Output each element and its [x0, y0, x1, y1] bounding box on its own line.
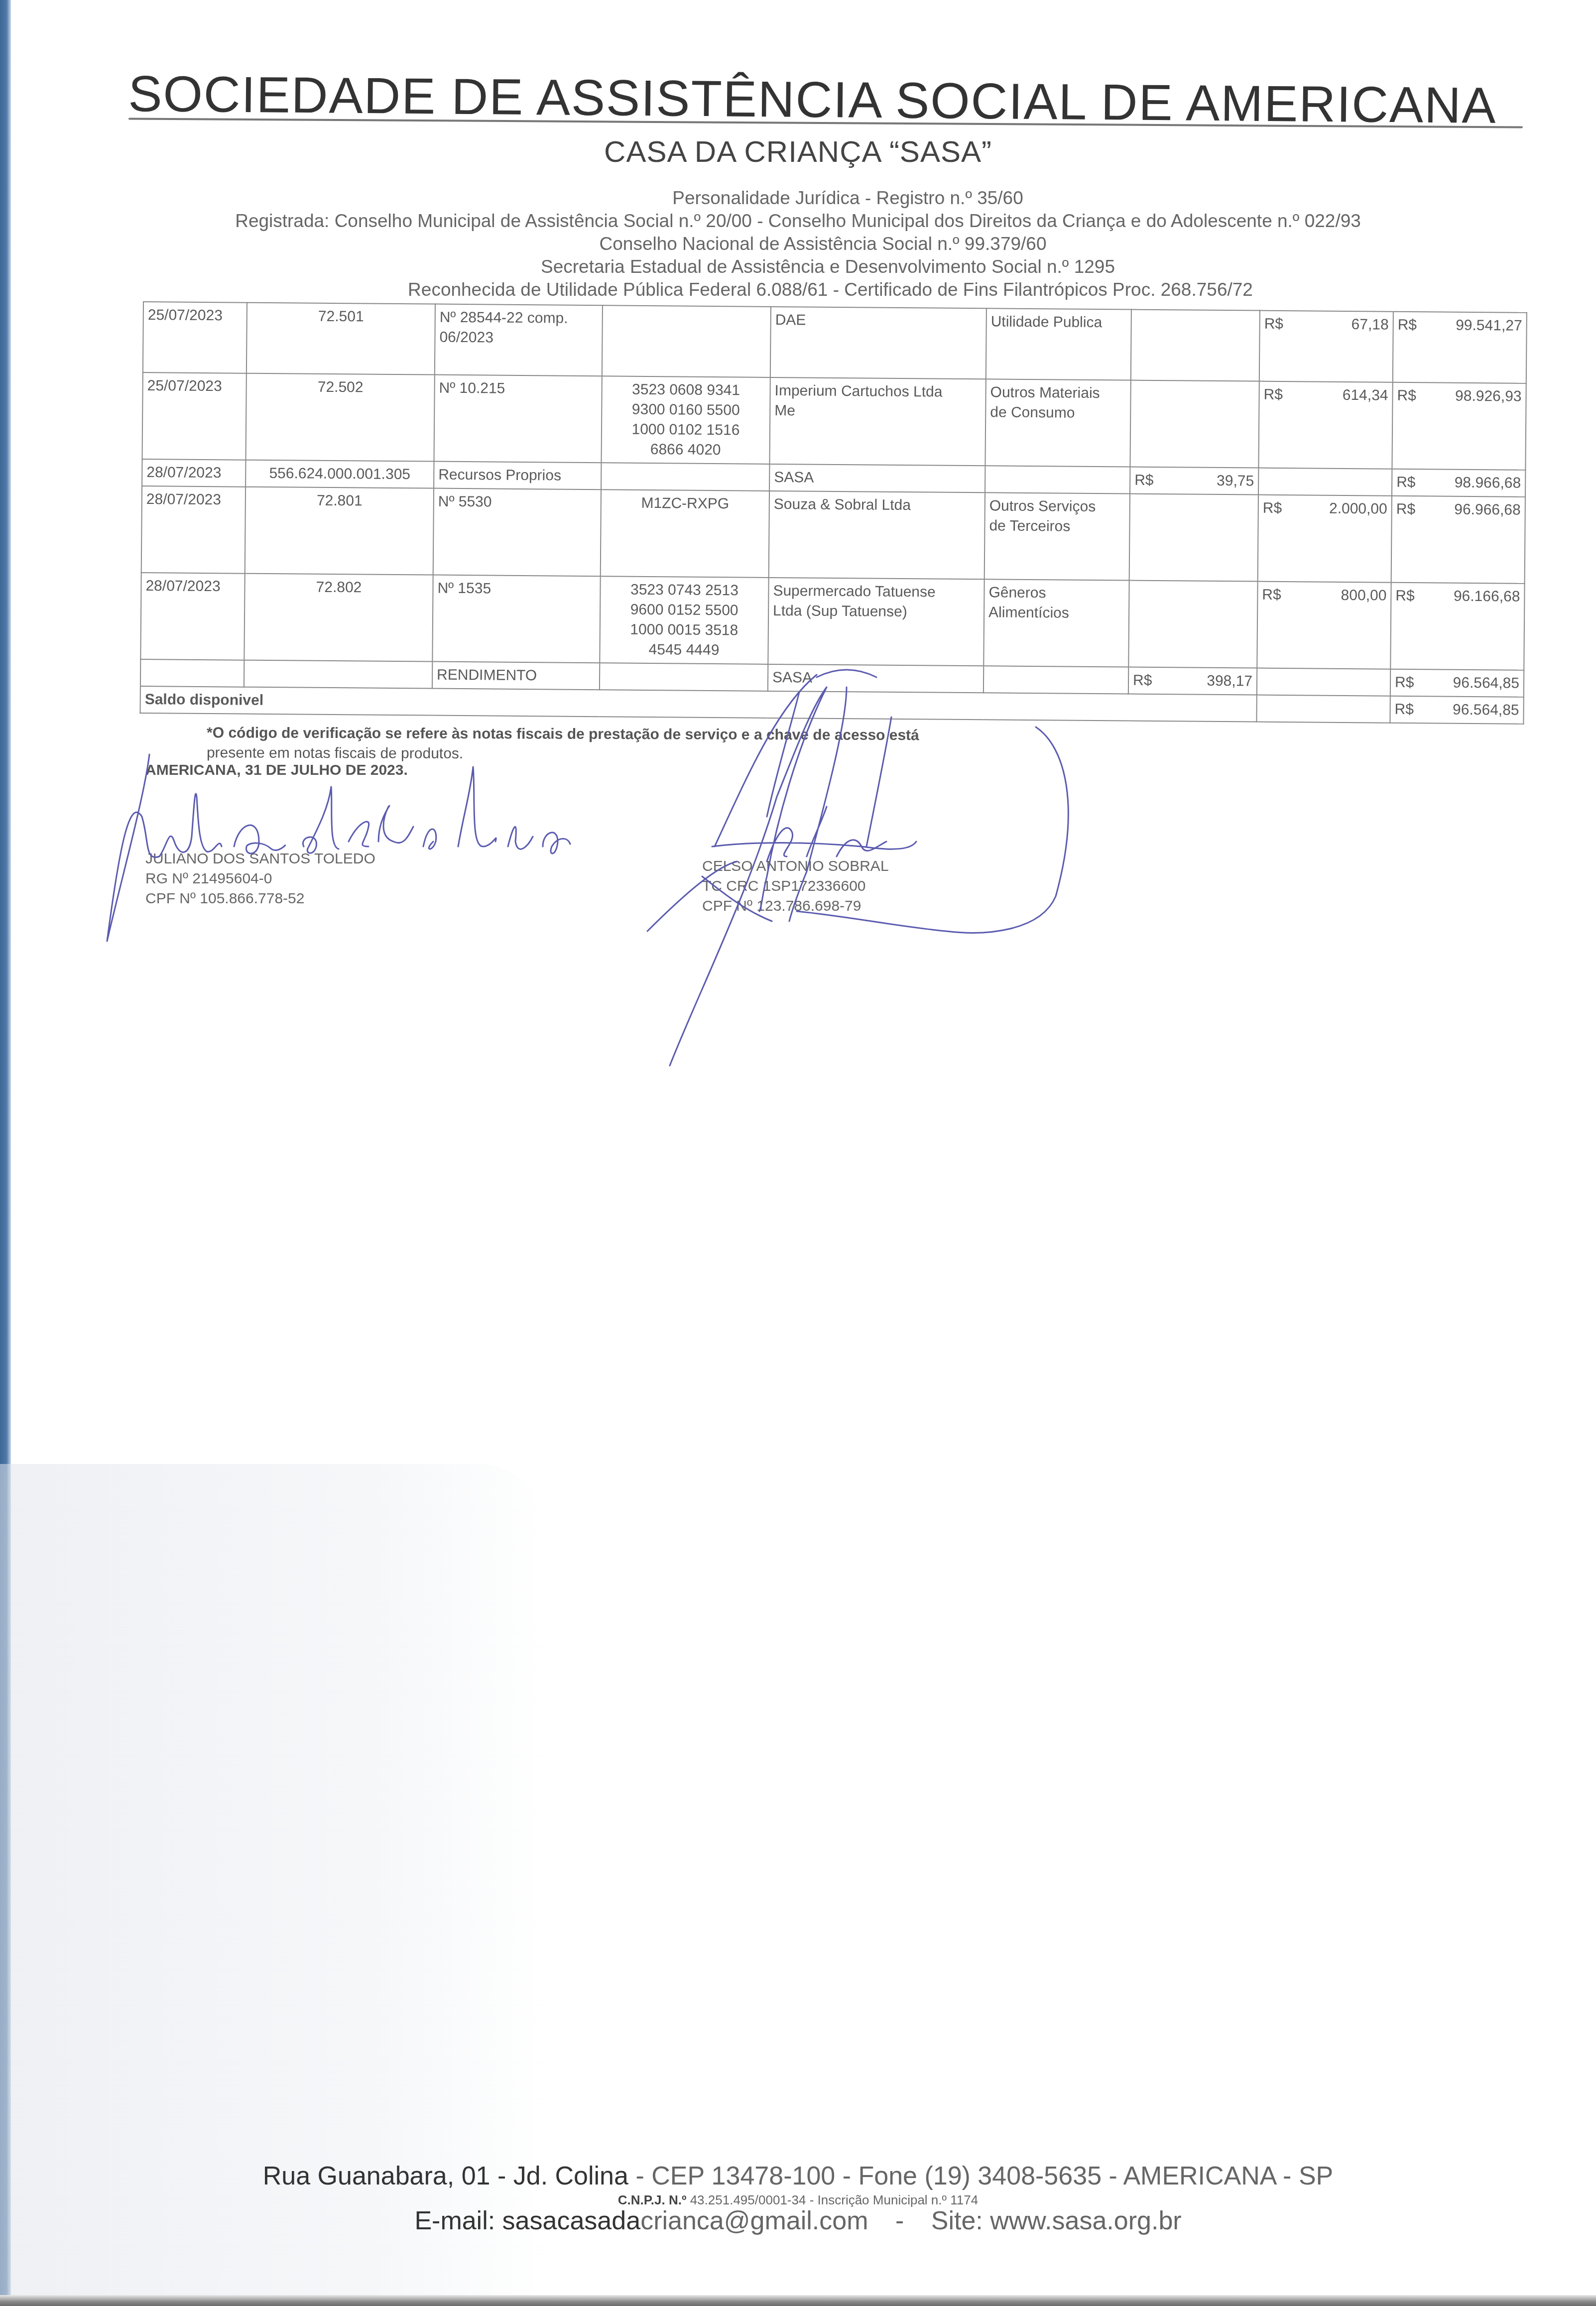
- cell-line: Utilidade Publica: [991, 312, 1127, 333]
- cell-category: Outros Serviçosde Terceiros: [984, 492, 1130, 580]
- signatory-cpf: CPF Nº 105.866.778-52: [145, 889, 375, 909]
- cell-line: 9300 0160 5500: [606, 399, 765, 421]
- table-row: 28/07/202372.801Nº 5530M1ZC-RXPGSouza & …: [141, 486, 1525, 584]
- saldo-value: R$96.564,85: [1390, 696, 1523, 724]
- cell-line: Nº 28544-22 comp.: [440, 308, 598, 329]
- money-value: R$96.564,85: [1394, 700, 1519, 721]
- cell-credit: R$39,75: [1130, 467, 1258, 495]
- money-value: R$2.000,00: [1263, 498, 1387, 519]
- registration-line: Personalidade Jurídica - Registro n.º 35…: [100, 187, 1596, 210]
- footer-street: Rua Guanabara, 01 - Jd. Colina: [263, 2162, 628, 2190]
- footer-email-domain: crianca@gmail.com: [640, 2206, 868, 2235]
- cell-balance: R$98.926,93: [1392, 382, 1526, 470]
- cell-reference: Nº 1535: [432, 575, 600, 663]
- amount: 39,75: [1217, 471, 1254, 491]
- cell-supplier: Souza & Sobral Ltda: [769, 491, 985, 579]
- money-value: R$800,00: [1262, 585, 1386, 606]
- cell-line: de Terceiros: [989, 516, 1125, 537]
- cell-document-number: 556.624.000.001.305: [246, 460, 434, 488]
- cell-credit: R$398,17: [1128, 667, 1257, 695]
- amount: 96.564,85: [1453, 700, 1519, 721]
- footer-cnpj-label: C.N.P.J. N.º: [618, 2192, 687, 2207]
- cell-empty: [1256, 695, 1390, 723]
- footer-cnpj-value: 43.251.495/0001-34 - Inscrição Municipal…: [686, 2192, 978, 2207]
- cell-category: Outros Materiaisde Consumo: [985, 379, 1130, 467]
- cell-line: 9600 0152 5500: [605, 600, 764, 621]
- signatory-block: CELSO ANTONIO SOBRAL TC CRC 1SP172336600…: [702, 856, 889, 916]
- signatory-name: CELSO ANTONIO SOBRAL: [702, 856, 889, 876]
- cell-date: 28/07/2023: [141, 486, 246, 574]
- cell-line: Supermercado Tatuense: [773, 581, 980, 603]
- cell-access-key: 3523 0608 93419300 0160 55001000 0102 15…: [601, 376, 770, 464]
- amount: 96.166,68: [1454, 587, 1520, 607]
- currency-symbol: R$: [1398, 315, 1417, 335]
- cell-supplier: SASA: [769, 464, 985, 492]
- signature-1-ink: [107, 754, 570, 941]
- currency-symbol: R$: [1264, 314, 1284, 334]
- cell-balance: R$96.564,85: [1390, 669, 1524, 697]
- cell-credit: [1130, 380, 1259, 468]
- cell-category: [983, 666, 1128, 694]
- money-value: R$67,18: [1264, 314, 1389, 335]
- footer-cep-phone: - CEP 13478-100 - Fone (19) 3408-5635 - …: [628, 2162, 1333, 2190]
- cell-reference: Nº 10.215: [434, 375, 602, 463]
- cell-reference: RENDIMENTO: [432, 662, 600, 690]
- amount: 98.926,93: [1455, 386, 1522, 407]
- cell-debit: R$800,00: [1257, 582, 1391, 669]
- cell-date: 28/07/2023: [140, 573, 245, 660]
- cell-document-number: 72.801: [245, 487, 434, 575]
- currency-symbol: R$: [1262, 585, 1281, 605]
- cell-debit: R$67,18: [1259, 311, 1393, 382]
- cell-document-number: 72.501: [246, 303, 435, 375]
- cell-line: SASA: [774, 468, 981, 489]
- footer-site: Site: www.sasa.org.br: [931, 2206, 1182, 2235]
- cell-document-number: 72.502: [246, 373, 435, 462]
- cell-date: 25/07/2023: [143, 302, 247, 373]
- cell-credit: [1128, 581, 1257, 668]
- table-row: 28/07/202372.802Nº 15353523 0743 2513960…: [140, 573, 1524, 670]
- currency-symbol: R$: [1396, 473, 1416, 492]
- cell-balance: R$98.966,68: [1392, 469, 1525, 497]
- cell-line: RENDIMENTO: [437, 665, 595, 686]
- cell-access-key: M1ZC-RXPG: [601, 489, 769, 578]
- amount: 614,34: [1343, 385, 1388, 406]
- cell-line: Recursos Proprios: [438, 465, 597, 486]
- amount: 96.966,68: [1454, 500, 1521, 520]
- cell-line: 1000 0015 3518: [605, 619, 764, 641]
- cell-line: 3523 0743 2513: [605, 580, 764, 601]
- cell-line: 3523 0608 9341: [606, 379, 765, 401]
- cell-line: 06/2023: [439, 328, 598, 349]
- cell-category: Utilidade Publica: [986, 308, 1131, 380]
- money-value: R$398,17: [1133, 671, 1252, 692]
- amount: 2.000,00: [1329, 499, 1387, 519]
- cell-access-key: [601, 463, 769, 491]
- cell-line: 4545 4449: [604, 639, 763, 661]
- amount: 96.564,85: [1453, 673, 1519, 694]
- cell-balance: R$96.966,68: [1391, 496, 1525, 584]
- money-value: R$99.541,27: [1398, 315, 1522, 336]
- amount: 98.966,68: [1455, 473, 1521, 493]
- money-value: R$614,34: [1263, 385, 1388, 406]
- cell-line: M1ZC-RXPG: [606, 493, 765, 514]
- footer-email-label: E-mail: sasacasada: [414, 2206, 640, 2235]
- cell-line: Gêneros: [988, 583, 1124, 604]
- money-value: R$98.966,68: [1396, 473, 1521, 493]
- scan-bottom-edge: [0, 2295, 1596, 2306]
- currency-symbol: R$: [1396, 499, 1416, 519]
- place-date: AMERICANA, 31 DE JULHO DE 2023.: [145, 762, 408, 779]
- footnote: *O código de verificação se refere às no…: [207, 723, 1003, 766]
- cell-line: Outros Serviços: [989, 496, 1125, 517]
- footer-separator: -: [895, 2206, 904, 2235]
- footer-address: Rua Guanabara, 01 - Jd. Colina - CEP 134…: [0, 2161, 1596, 2191]
- currency-symbol: R$: [1395, 586, 1415, 606]
- cell-debit: R$614,34: [1258, 381, 1392, 469]
- cell-access-key: [602, 305, 771, 377]
- cell-reference: Nº 5530: [433, 488, 601, 577]
- cell-access-key: 3523 0743 25139600 0152 55001000 0015 35…: [600, 576, 768, 664]
- money-value: R$96.166,68: [1395, 586, 1520, 607]
- currency-symbol: R$: [1134, 471, 1154, 490]
- cell-debit: [1258, 468, 1392, 496]
- cell-reference: Nº 28544-22 comp.06/2023: [435, 304, 603, 376]
- cell-balance: R$99.541,27: [1393, 312, 1527, 383]
- cell-date: 28/07/2023: [142, 459, 246, 487]
- cell-line: Me: [774, 401, 981, 422]
- cell-line: 1000 0102 1516: [606, 419, 765, 441]
- cell-supplier: Imperium Cartuchos LtdaMe: [769, 377, 985, 466]
- currency-symbol: R$: [1394, 700, 1414, 720]
- cell-category: [985, 466, 1130, 493]
- cell-credit: [1131, 310, 1260, 381]
- registration-line: Conselho Nacional de Assistência Social …: [50, 233, 1596, 255]
- currency-symbol: R$: [1133, 671, 1152, 691]
- currency-symbol: R$: [1263, 498, 1282, 518]
- cell-supplier: SASA: [768, 664, 983, 693]
- amount: 800,00: [1341, 586, 1387, 606]
- cell-debit: [1257, 668, 1390, 696]
- cell-date: [140, 659, 244, 687]
- cell-access-key: [600, 663, 768, 691]
- signatory-id: TC CRC 1SP172336600: [702, 876, 889, 896]
- cell-line: Ltda (Sup Tatuense): [773, 601, 980, 622]
- ledger-table: 25/07/202372.501Nº 28544-22 comp.06/2023…: [139, 301, 1527, 725]
- signatory-cpf: CPF Nº 123.786.698-79: [702, 896, 889, 916]
- cell-document-number: [244, 660, 432, 689]
- registration-line: Reconhecida de Utilidade Pública Federal…: [65, 278, 1596, 301]
- cell-supplier: DAE: [770, 307, 986, 379]
- signatory-name: JULIANO DOS SANTOS TOLEDO: [145, 849, 375, 869]
- cell-reference: Recursos Proprios: [434, 462, 601, 490]
- amount: 99.541,27: [1456, 316, 1522, 336]
- organization-subtitle: CASA DA CRIANÇA “SASA”: [0, 134, 1596, 169]
- money-value: R$96.564,85: [1395, 673, 1519, 694]
- table-row: 25/07/202372.501Nº 28544-22 comp.06/2023…: [143, 302, 1527, 383]
- table-row: 25/07/202372.502Nº 10.2153523 0608 93419…: [142, 372, 1526, 470]
- cell-line: de Consumo: [990, 402, 1126, 423]
- cell-line: Imperium Cartuchos Ltda: [774, 381, 981, 402]
- cell-line: Alimentícios: [988, 603, 1124, 623]
- signatory-block: JULIANO DOS SANTOS TOLEDO RG Nº 21495604…: [145, 849, 375, 909]
- cell-line: DAE: [775, 310, 982, 332]
- cell-line: Nº 10.215: [439, 378, 597, 399]
- amount: 398,17: [1207, 671, 1252, 692]
- money-value: R$98.926,93: [1397, 386, 1521, 407]
- cell-line: SASA: [772, 668, 979, 689]
- cell-line: Nº 1535: [437, 579, 596, 600]
- cell-document-number: 72.802: [244, 574, 433, 662]
- cell-credit: [1129, 494, 1258, 582]
- cell-date: 25/07/2023: [142, 372, 246, 460]
- money-value: R$39,75: [1134, 471, 1254, 491]
- money-value: R$96.966,68: [1396, 499, 1521, 520]
- cell-debit: R$2.000,00: [1258, 495, 1392, 583]
- cell-line: Souza & Sobral Ltda: [774, 494, 981, 516]
- currency-symbol: R$: [1397, 386, 1416, 406]
- cell-line: Nº 5530: [438, 492, 597, 513]
- currency-symbol: R$: [1263, 385, 1283, 405]
- footnote-line: *O código de verificação se refere às no…: [207, 723, 1003, 746]
- cell-line: Outros Materiais: [990, 382, 1126, 403]
- amount: 67,18: [1351, 315, 1388, 335]
- registration-info: Personalidade Jurídica - Registro n.º 35…: [0, 187, 1596, 301]
- currency-symbol: R$: [1395, 673, 1414, 693]
- cell-balance: R$96.166,68: [1390, 583, 1524, 670]
- signatory-id: RG Nº 21495604-0: [145, 869, 375, 889]
- registration-line: Registrada: Conselho Municipal de Assist…: [0, 210, 1596, 233]
- cell-supplier: Supermercado TatuenseLtda (Sup Tatuense): [768, 578, 984, 666]
- registration-line: Secretaria Estadual de Assistência e Des…: [60, 255, 1596, 278]
- cell-line: 6866 4020: [606, 439, 765, 461]
- cell-category: GênerosAlimentícios: [983, 579, 1129, 667]
- footer-contact: E-mail: sasacasadacrianca@gmail.com - Si…: [0, 2206, 1596, 2236]
